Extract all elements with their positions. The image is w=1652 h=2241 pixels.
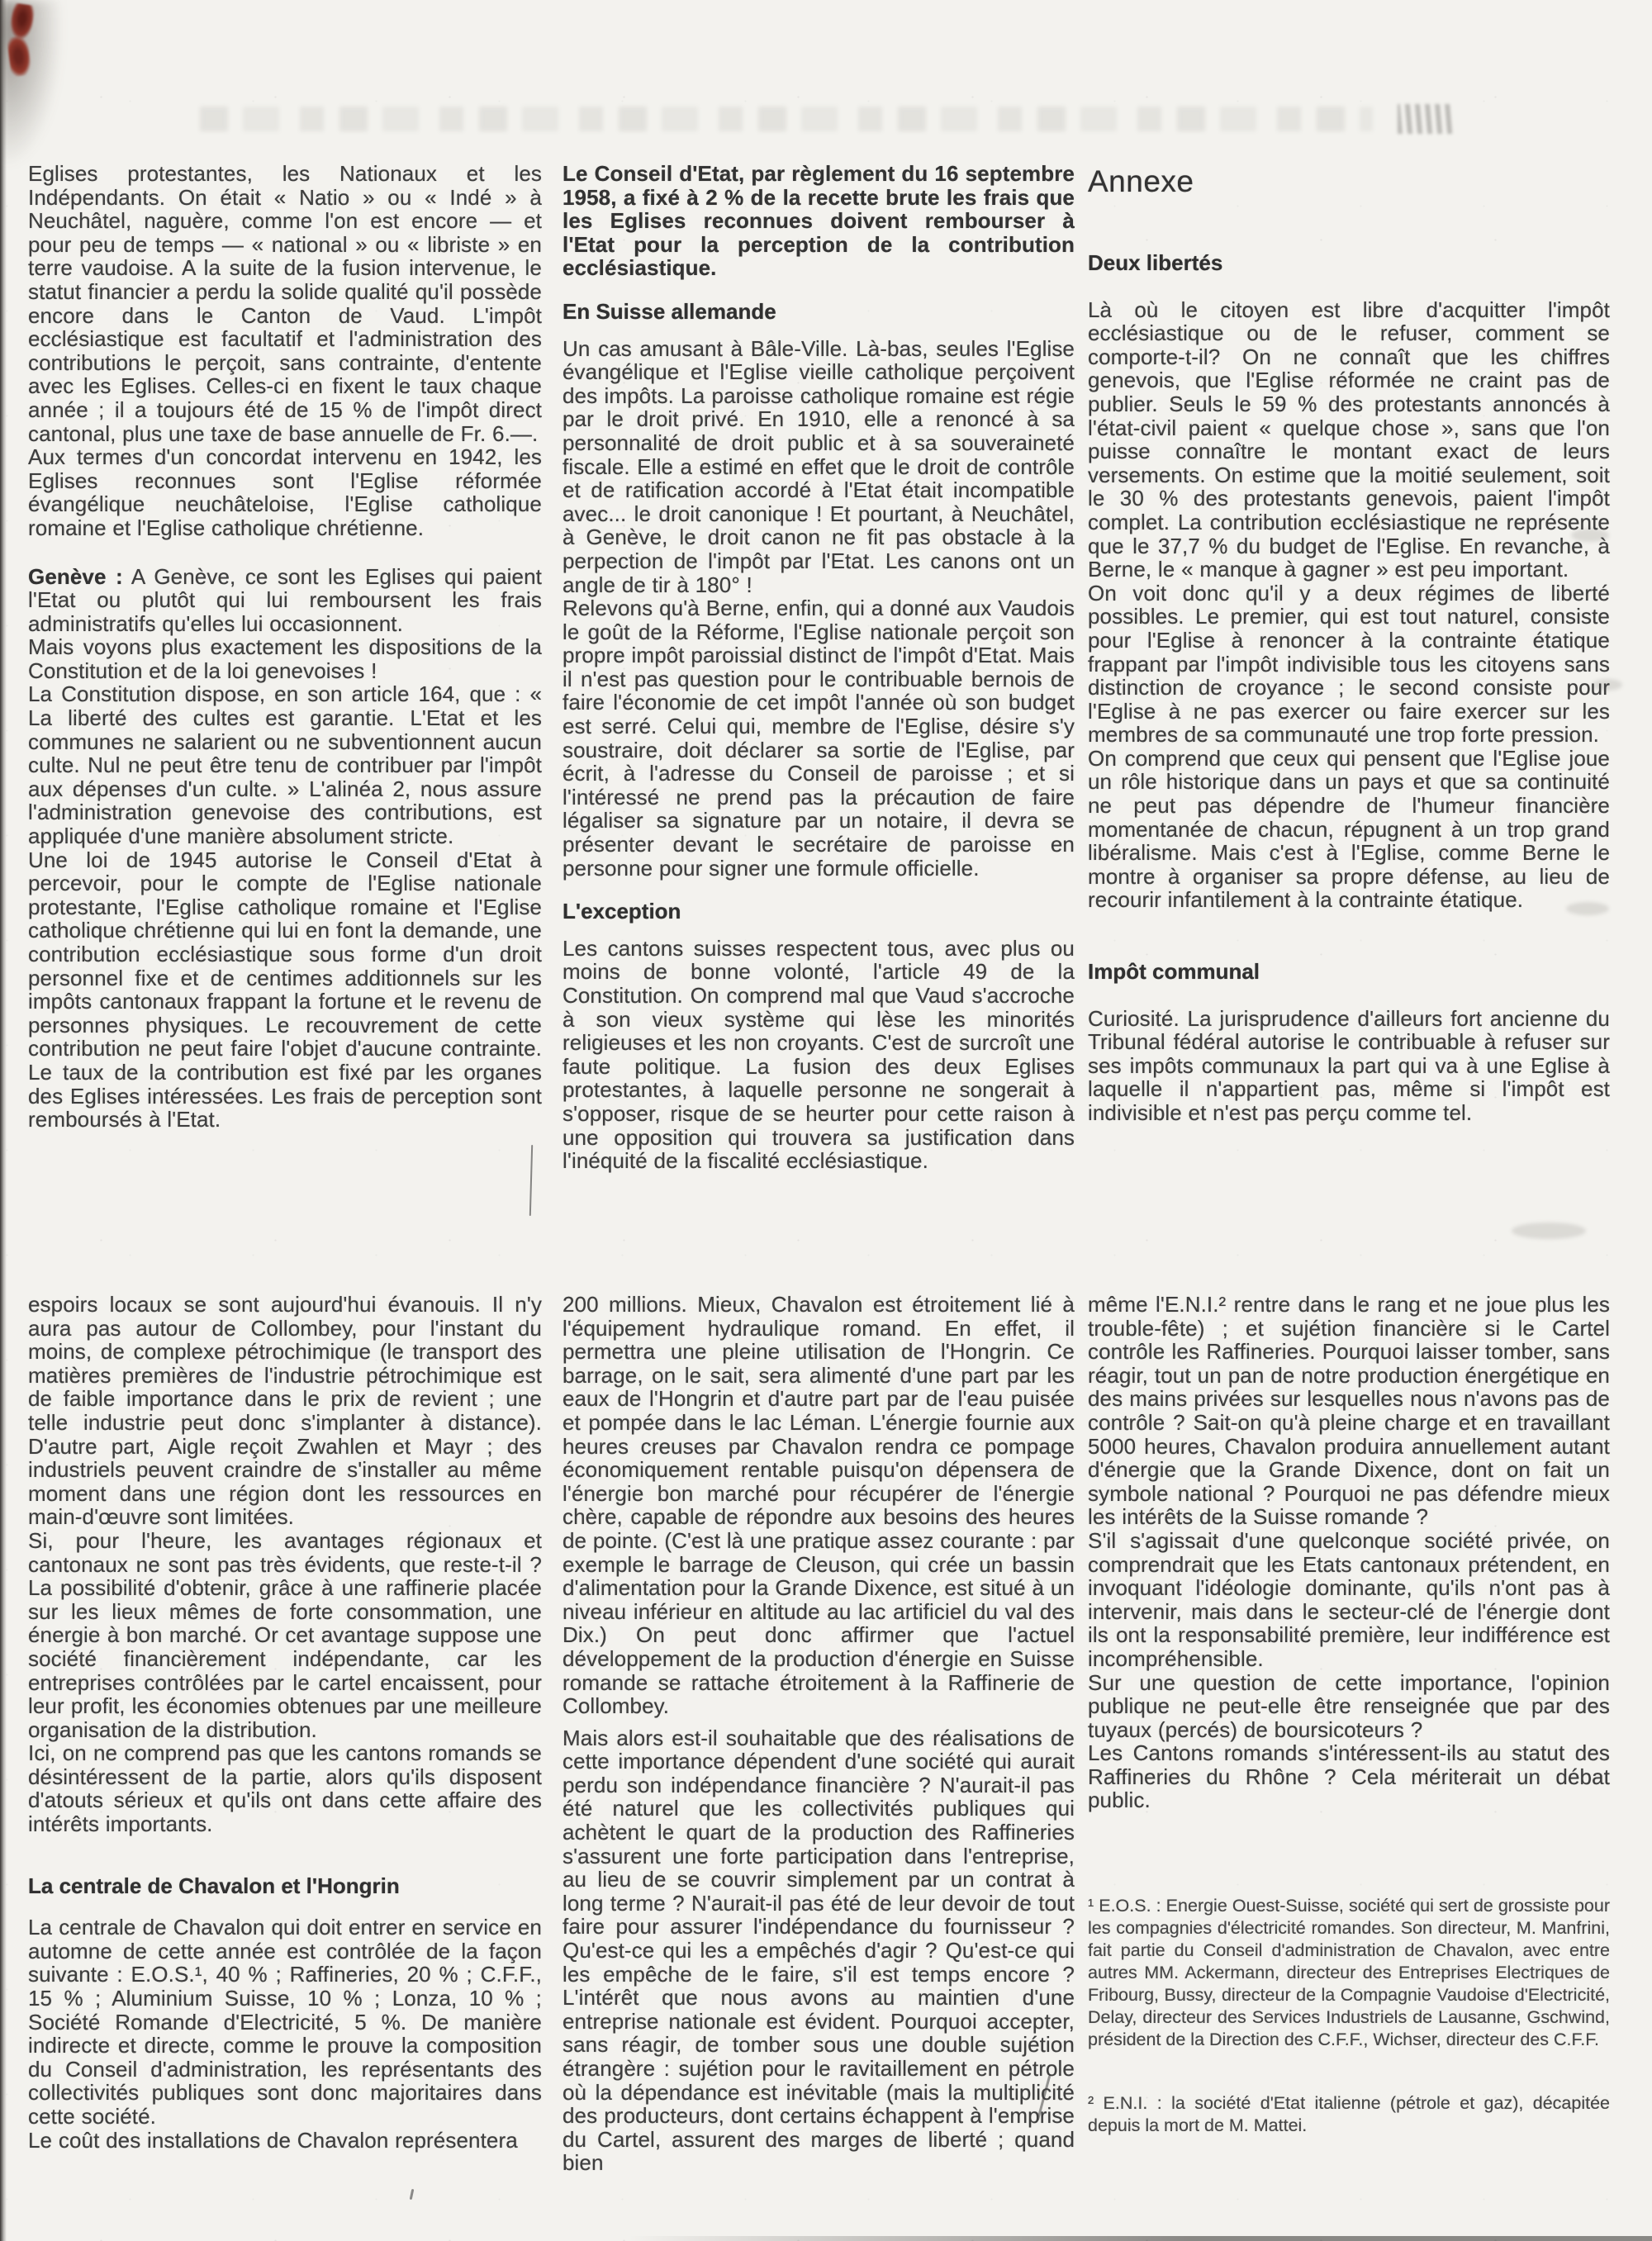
paragraph: Sur une question de cette importance, l'… <box>1088 1671 1610 1742</box>
paragraph: S'il s'agissait d'une quelconque société… <box>1088 1529 1610 1671</box>
print-through-artifact <box>200 107 1373 131</box>
paragraph: 200 millions. Mieux, Chavalon est étroit… <box>563 1293 1075 1718</box>
bottom-left-column: espoirs locaux se sont aujourd'hui évano… <box>28 1293 542 2152</box>
paragraph: espoirs locaux se sont aujourd'hui évano… <box>28 1293 542 1529</box>
annex-title: Annexe <box>1088 165 1610 198</box>
paragraph: Ici, on ne comprend pas que les cantons … <box>28 1741 542 1835</box>
paragraph: Curiosité. La jurisprudence d'ailleurs f… <box>1088 1007 1610 1125</box>
paragraph: On comprend que ceux qui pensent que l'E… <box>1088 747 1610 912</box>
scan-edge-artifact <box>0 0 7 2241</box>
scan-edge-artifact <box>0 2236 1652 2241</box>
paragraph: même l'E.N.I.² rentre dans le rang et ne… <box>1088 1293 1610 1529</box>
bottom-right-column: même l'E.N.I.² rentre dans le rang et ne… <box>1088 1293 1610 2137</box>
run-in-heading: Genève : <box>28 564 123 589</box>
scanned-newspaper-page: Eglises protestantes, les Nationaux et l… <box>0 0 1652 2241</box>
section-heading: Impôt communal <box>1088 960 1610 984</box>
margin-smudge-artifact <box>1512 1223 1586 1239</box>
paragraph: Si, pour l'heure, les avantages régionau… <box>28 1529 542 1741</box>
footnote: ² E.N.I. : la société d'Etat italienne (… <box>1088 2092 1610 2137</box>
paragraph: Les Cantons romands s'intéressent-ils au… <box>1088 1741 1610 1812</box>
paragraph: Eglises protestantes, les Nationaux et l… <box>28 162 542 445</box>
footnote: ¹ E.O.S. : Energie Ouest-Suisse, société… <box>1088 1895 1610 2051</box>
paragraph: La Constitution dispose, en son article … <box>28 682 542 847</box>
section-heading: En Suisse allemande <box>563 300 1075 324</box>
paragraph: Les cantons suisses respectent tous, ave… <box>563 937 1075 1173</box>
paragraph: Une loi de 1945 autorise le Conseil d'Et… <box>28 848 542 1132</box>
paragraph: Un cas amusant à Bâle-Ville. Là-bas, seu… <box>563 337 1075 597</box>
bottom-middle-column: 200 millions. Mieux, Chavalon est étroit… <box>563 1293 1075 2175</box>
top-middle-column: Le Conseil d'Etat, par règlement du 16 s… <box>563 162 1075 1173</box>
paragraph: Genève : A Genève, ce sont les Eglises q… <box>28 565 542 636</box>
print-through-artifact <box>1398 104 1452 134</box>
paragraph: La centrale de Chavalon qui doit entrer … <box>28 1916 542 2128</box>
paragraph: Mais voyons plus exactement les disposit… <box>28 635 542 682</box>
section-heading: Deux libertés <box>1088 251 1610 275</box>
top-right-column: Annexe Deux libertés Là où le citoyen es… <box>1088 165 1610 1125</box>
paragraph: Aux termes d'un concordat intervenu en 1… <box>28 445 542 539</box>
paragraph: On voit donc qu'il y a deux régimes de l… <box>1088 582 1610 747</box>
red-ink-mark <box>8 2 36 40</box>
paragraph: Le coût des installations de Chavalon re… <box>28 2129 542 2153</box>
lead-paragraph: Le Conseil d'Etat, par règlement du 16 s… <box>563 162 1075 280</box>
paragraph: Mais alors est-il souhaitable que des ré… <box>563 1726 1075 2175</box>
top-left-column: Eglises protestantes, les Nationaux et l… <box>28 162 542 1132</box>
paragraph: Relevons qu'à Berne, enfin, qui a donné … <box>563 596 1075 880</box>
paragraph: Là où le citoyen est libre d'acquitter l… <box>1088 298 1610 582</box>
section-heading: La centrale de Chavalon et l'Hongrin <box>28 1874 542 1898</box>
stray-mark-artifact <box>410 2189 415 2200</box>
red-ink-mark <box>7 36 32 78</box>
stray-mark-artifact <box>529 1145 533 1216</box>
section-heading: L'exception <box>563 900 1075 923</box>
footnotes: ¹ E.O.S. : Energie Ouest-Suisse, société… <box>1088 1895 1610 2137</box>
corner-smudge-artifact <box>0 0 61 165</box>
